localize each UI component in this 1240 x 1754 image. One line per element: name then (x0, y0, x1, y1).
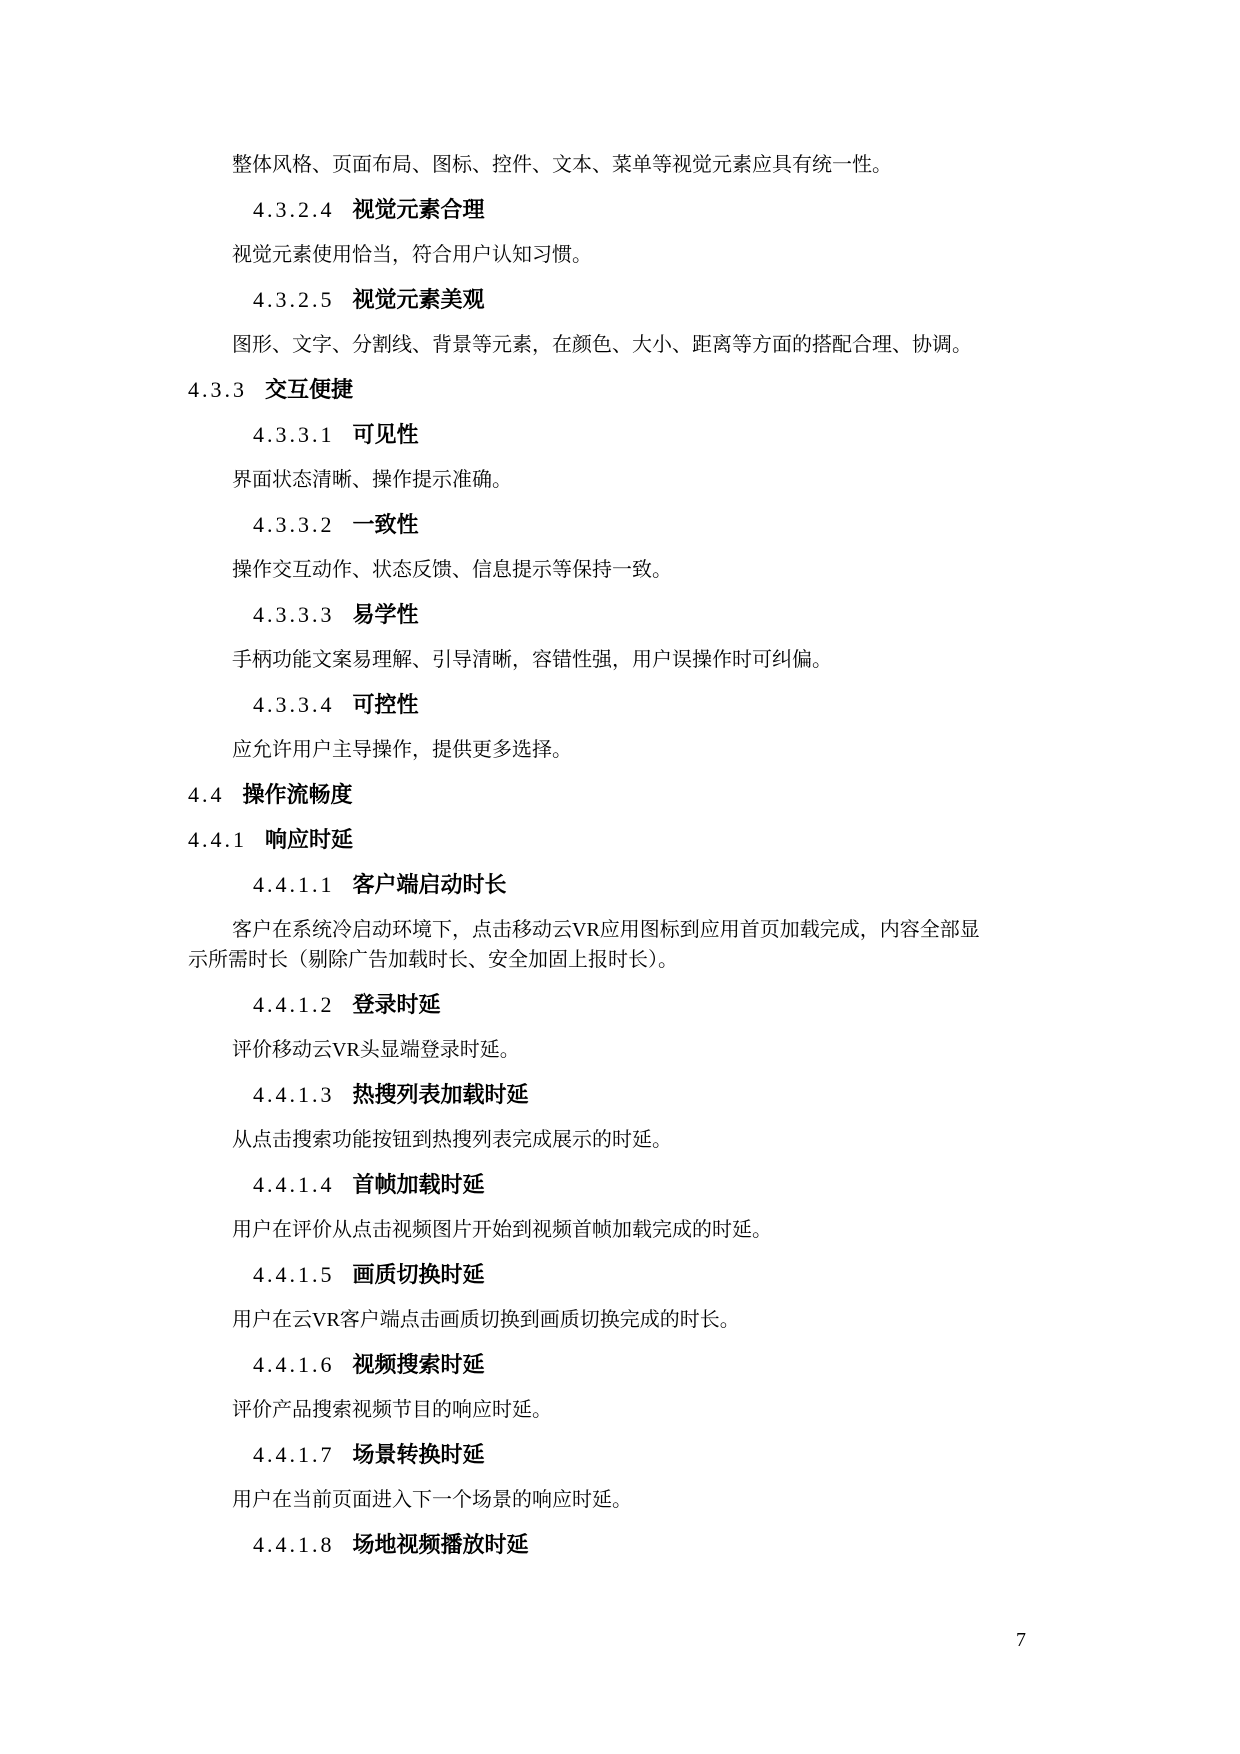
section-number: 4.4 (188, 782, 225, 807)
document-page: 整体风格、页面布局、图标、控件、文本、菜单等视觉元素应具有统一性。4.3.2.4… (0, 0, 1240, 1754)
section-number: 4.4.1.5 (253, 1262, 335, 1287)
section-title: 场景转换时延 (353, 1442, 485, 1467)
section-title: 可控性 (353, 692, 419, 717)
page-number: 7 (1016, 1628, 1026, 1652)
section-number: 4.4.1 (188, 827, 247, 852)
document-body: 整体风格、页面布局、图标、控件、文本、菜单等视觉元素应具有统一性。4.3.2.4… (188, 150, 1018, 1575)
body-paragraph: 手柄功能文案易理解、引导清晰，容错性强，用户误操作时可纠偏。 (188, 645, 1018, 675)
section-number: 4.4.1.1 (253, 872, 335, 897)
section-title: 首帧加载时延 (353, 1172, 485, 1197)
section-title: 视觉元素美观 (353, 287, 485, 312)
section-heading: 4.4.1响应时延 (188, 825, 1018, 855)
section-title: 场地视频播放时延 (353, 1532, 529, 1557)
body-paragraph: 用户在云VR客户端点击画质切换到画质切换完成的时长。 (188, 1305, 1018, 1335)
body-paragraph: 应允许用户主导操作，提供更多选择。 (188, 735, 1018, 765)
section-title: 操作流畅度 (243, 782, 353, 807)
section-title: 登录时延 (353, 992, 441, 1017)
section-heading: 4.3.3.1可见性 (253, 420, 1018, 450)
section-heading: 4.3.3.3易学性 (253, 600, 1018, 630)
body-paragraph: 用户在评价从点击视频图片开始到视频首帧加载完成的时延。 (188, 1215, 1018, 1245)
section-heading: 4.4.1.4首帧加载时延 (253, 1170, 1018, 1200)
section-heading: 4.4.1.1客户端启动时长 (253, 870, 1018, 900)
section-title: 交互便捷 (265, 377, 353, 402)
body-paragraph: 评价移动云VR头显端登录时延。 (188, 1035, 1018, 1065)
body-paragraph: 评价产品搜索视频节目的响应时延。 (188, 1395, 1018, 1425)
section-heading: 4.4.1.6视频搜索时延 (253, 1350, 1018, 1380)
section-number: 4.4.1.6 (253, 1352, 335, 1377)
section-title: 可见性 (353, 422, 419, 447)
section-heading: 4.4.1.5画质切换时延 (253, 1260, 1018, 1290)
body-paragraph: 客户在系统冷启动环境下，点击移动云VR应用图标到应用首页加载完成，内容全部显 示… (188, 915, 1018, 975)
section-heading: 4.4.1.7场景转换时延 (253, 1440, 1018, 1470)
section-title: 视觉元素合理 (353, 197, 485, 222)
body-paragraph: 用户在当前页面进入下一个场景的响应时延。 (188, 1485, 1018, 1515)
body-paragraph: 从点击搜索功能按钮到热搜列表完成展示的时延。 (188, 1125, 1018, 1155)
section-heading: 4.3.3.2一致性 (253, 510, 1018, 540)
section-title: 画质切换时延 (353, 1262, 485, 1287)
section-number: 4.3.3 (188, 377, 247, 402)
section-title: 客户端启动时长 (353, 872, 507, 897)
section-number: 4.4.1.8 (253, 1532, 335, 1557)
body-paragraph: 操作交互动作、状态反馈、信息提示等保持一致。 (188, 555, 1018, 585)
section-heading: 4.4操作流畅度 (188, 780, 1018, 810)
section-heading: 4.4.1.2登录时延 (253, 990, 1018, 1020)
section-heading: 4.3.3.4可控性 (253, 690, 1018, 720)
section-number: 4.3.3.1 (253, 422, 335, 447)
body-paragraph: 界面状态清晰、操作提示准确。 (188, 465, 1018, 495)
section-number: 4.4.1.3 (253, 1082, 335, 1107)
section-number: 4.3.3.3 (253, 602, 335, 627)
section-heading: 4.3.3交互便捷 (188, 375, 1018, 405)
section-heading: 4.4.1.3热搜列表加载时延 (253, 1080, 1018, 1110)
section-title: 一致性 (353, 512, 419, 537)
section-number: 4.3.2.4 (253, 197, 335, 222)
section-number: 4.4.1.4 (253, 1172, 335, 1197)
section-number: 4.3.3.2 (253, 512, 335, 537)
section-number: 4.4.1.2 (253, 992, 335, 1017)
section-number: 4.4.1.7 (253, 1442, 335, 1467)
section-number: 4.3.2.5 (253, 287, 335, 312)
section-title: 响应时延 (265, 827, 353, 852)
section-heading: 4.3.2.5视觉元素美观 (253, 285, 1018, 315)
body-paragraph: 整体风格、页面布局、图标、控件、文本、菜单等视觉元素应具有统一性。 (188, 150, 1018, 180)
body-paragraph: 图形、文字、分割线、背景等元素，在颜色、大小、距离等方面的搭配合理、协调。 (188, 330, 1018, 360)
section-heading: 4.3.2.4视觉元素合理 (253, 195, 1018, 225)
section-title: 热搜列表加载时延 (353, 1082, 529, 1107)
body-paragraph: 视觉元素使用恰当，符合用户认知习惯。 (188, 240, 1018, 270)
section-heading: 4.4.1.8场地视频播放时延 (253, 1530, 1018, 1560)
section-title: 易学性 (353, 602, 419, 627)
section-title: 视频搜索时延 (353, 1352, 485, 1377)
section-number: 4.3.3.4 (253, 692, 335, 717)
